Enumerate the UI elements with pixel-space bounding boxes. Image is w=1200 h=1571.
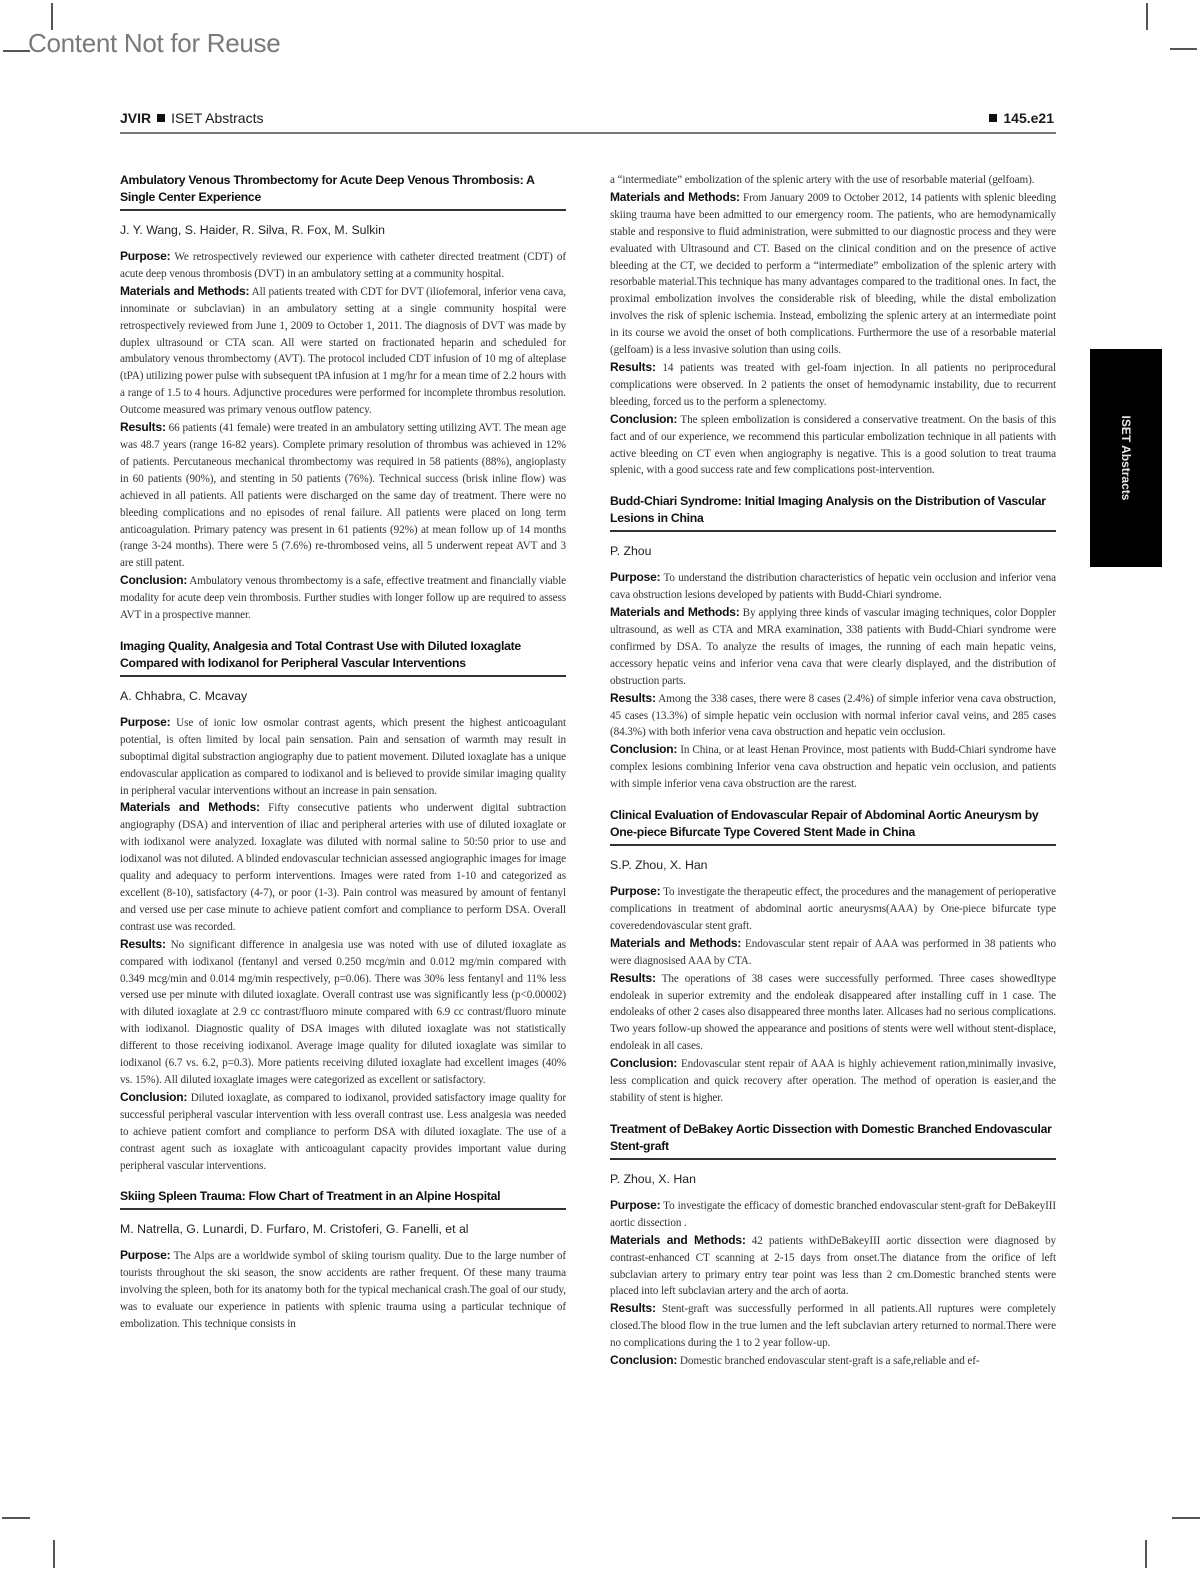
purpose-text: Use of ionic low osmolar contrast agents… — [120, 717, 566, 797]
methods-label: Materials and Methods: — [610, 190, 740, 204]
purpose-text: We retrospectively reviewed our experien… — [120, 251, 566, 280]
methods-text: All patients treated with CDT for DVT (i… — [120, 286, 566, 416]
abstract-title: Treatment of DeBakey Aortic Dissection w… — [610, 1121, 1056, 1160]
methods-label: Materials and Methods: — [610, 605, 740, 619]
conclusion-label: Conclusion: — [610, 412, 677, 426]
methods-paragraph: Materials and Methods: All patients trea… — [120, 283, 566, 419]
section-name: ISET Abstracts — [171, 110, 263, 126]
purpose-paragraph: Purpose: The Alps are a worldwide symbol… — [120, 1247, 566, 1333]
conclusion-paragraph: Conclusion: Endovascular stent repair of… — [610, 1055, 1056, 1107]
results-text: No significant difference in analgesia u… — [120, 939, 566, 1086]
crop-mark — [51, 3, 53, 30]
conclusion-text: Endovascular stent repair of AAA is high… — [610, 1058, 1056, 1104]
square-bullet-icon — [157, 114, 165, 122]
abstract-authors: M. Natrella, G. Lunardi, D. Furfaro, M. … — [120, 1222, 566, 1236]
results-paragraph: Results: Stent-graft was successfully pe… — [610, 1300, 1056, 1352]
results-paragraph: Results: Among the 338 cases, there were… — [610, 690, 1056, 742]
conclusion-label: Conclusion: — [610, 742, 677, 756]
methods-label: Materials and Methods: — [610, 1233, 746, 1247]
purpose-text: To investigate the efficacy of domestic … — [610, 1200, 1056, 1229]
conclusion-paragraph: Conclusion: Domestic branched endovascul… — [610, 1352, 1056, 1370]
abstract: Clinical Evaluation of Endovascular Repa… — [610, 807, 1056, 1107]
results-paragraph: Results: No significant difference in an… — [120, 936, 566, 1089]
methods-paragraph: Materials and Methods: From January 2009… — [610, 189, 1056, 359]
conclusion-label: Conclusion: — [610, 1353, 677, 1367]
conclusion-text: In China, or at least Henan Province, mo… — [610, 744, 1056, 790]
section-side-tab: ISET Abstracts — [1090, 349, 1162, 567]
results-paragraph: Results: 66 patients (41 female) were tr… — [120, 419, 566, 572]
results-paragraph: Results: 14 patients was treated with ge… — [610, 359, 1056, 411]
crop-mark — [1170, 48, 1197, 50]
abstract-authors: A. Chhabra, C. Mcavay — [120, 689, 566, 703]
methods-paragraph: Materials and Methods: Fifty consecutive… — [120, 799, 566, 935]
crop-mark — [2, 1517, 30, 1519]
abstract-authors: P. Zhou — [610, 544, 1056, 558]
running-head-left: JVIRISET Abstracts — [120, 110, 263, 126]
purpose-label: Purpose: — [610, 884, 660, 898]
results-text: Among the 338 cases, there were 8 cases … — [610, 693, 1056, 739]
conclusion-paragraph: Conclusion: In China, or at least Henan … — [610, 741, 1056, 793]
purpose-paragraph: Purpose: To investigate the efficacy of … — [610, 1197, 1056, 1232]
abstract-authors: P. Zhou, X. Han — [610, 1172, 1056, 1186]
abstract: Budd-Chiari Syndrome: Initial Imaging An… — [610, 493, 1056, 793]
conclusion-text: Ambulatory venous thrombectomy is a safe… — [120, 575, 566, 621]
methods-paragraph: Materials and Methods: By applying three… — [610, 604, 1056, 690]
conclusion-label: Conclusion: — [610, 1056, 677, 1070]
conclusion-text: Domestic branched endovascular stent-gra… — [680, 1355, 980, 1367]
abstract: Skiing Spleen Trauma: Flow Chart of Trea… — [120, 1188, 566, 1333]
journal-name: JVIR — [120, 110, 151, 126]
purpose-text: a “intermediate” embolization of the spl… — [610, 174, 1034, 186]
purpose-label: Purpose: — [120, 249, 170, 263]
conclusion-paragraph: Conclusion: Diluted ioxaglate, as compar… — [120, 1089, 566, 1175]
methods-label: Materials and Methods: — [120, 800, 260, 814]
watermark: Content Not for Reuse — [28, 28, 280, 59]
purpose-label: Purpose: — [610, 1198, 660, 1212]
abstract-authors: S.P. Zhou, X. Han — [610, 858, 1056, 872]
purpose-label: Purpose: — [610, 570, 660, 584]
crop-mark — [1172, 1517, 1200, 1519]
abstract-authors: J. Y. Wang, S. Haider, R. Silva, R. Fox,… — [120, 223, 566, 237]
purpose-paragraph-continued: a “intermediate” embolization of the spl… — [610, 172, 1056, 189]
purpose-label: Purpose: — [120, 715, 170, 729]
results-label: Results: — [610, 360, 656, 374]
results-label: Results: — [610, 971, 656, 985]
crop-mark — [53, 1540, 55, 1568]
purpose-text: To investigate the therapeutic effect, t… — [610, 886, 1056, 932]
purpose-label: Purpose: — [120, 1248, 170, 1262]
abstract-title: Skiing Spleen Trauma: Flow Chart of Trea… — [120, 1188, 566, 1210]
results-label: Results: — [610, 691, 656, 705]
results-label: Results: — [120, 937, 166, 951]
methods-text: Fifty consecutive patients who underwent… — [120, 802, 566, 932]
purpose-paragraph: Purpose: To investigate the therapeutic … — [610, 883, 1056, 935]
results-text: 66 patients (41 female) were treated in … — [120, 422, 566, 569]
right-column: a “intermediate” embolization of the spl… — [610, 172, 1056, 1384]
abstract: Ambulatory Venous Thrombectomy for Acute… — [120, 172, 566, 624]
results-text: 14 patients was treated with gel-foam in… — [610, 362, 1056, 408]
abstract: Imaging Quality, Analgesia and Total Con… — [120, 638, 566, 1174]
results-text: The operations of 38 cases were successf… — [610, 973, 1056, 1053]
abstract-title: Clinical Evaluation of Endovascular Repa… — [610, 807, 1056, 846]
crop-mark — [1145, 1540, 1147, 1568]
purpose-paragraph: Purpose: We retrospectively reviewed our… — [120, 248, 566, 283]
side-tab-label: ISET Abstracts — [1119, 416, 1133, 501]
methods-label: Materials and Methods: — [120, 284, 249, 298]
abstract-continued: a “intermediate” embolization of the spl… — [610, 172, 1056, 479]
running-head-right: 145.e21 — [983, 110, 1054, 126]
abstract-title: Budd-Chiari Syndrome: Initial Imaging An… — [610, 493, 1056, 532]
results-paragraph: Results: The operations of 38 cases were… — [610, 970, 1056, 1056]
methods-text: From January 2009 to October 2012, 14 pa… — [610, 192, 1056, 356]
results-label: Results: — [610, 1301, 656, 1315]
running-head: JVIRISET Abstracts 145.e21 — [120, 110, 1056, 134]
conclusion-label: Conclusion: — [120, 573, 187, 587]
purpose-paragraph: Purpose: Use of ionic low osmolar contra… — [120, 714, 566, 800]
square-bullet-icon — [989, 114, 997, 122]
conclusion-paragraph: Conclusion: Ambulatory venous thrombecto… — [120, 572, 566, 624]
purpose-text: To understand the distribution character… — [610, 572, 1056, 601]
conclusion-label: Conclusion: — [120, 1090, 187, 1104]
conclusion-text: Diluted ioxaglate, as compared to iodixa… — [120, 1092, 566, 1172]
page-number: 145.e21 — [1003, 110, 1054, 126]
methods-paragraph: Materials and Methods: Endovascular sten… — [610, 935, 1056, 970]
left-column: Ambulatory Venous Thrombectomy for Acute… — [120, 172, 566, 1347]
methods-paragraph: Materials and Methods: 42 patients withD… — [610, 1232, 1056, 1301]
abstract-title: Ambulatory Venous Thrombectomy for Acute… — [120, 172, 566, 211]
results-text: Stent-graft was successfully performed i… — [610, 1303, 1056, 1349]
abstract: Treatment of DeBakey Aortic Dissection w… — [610, 1121, 1056, 1370]
purpose-text: The Alps are a worldwide symbol of skiin… — [120, 1250, 566, 1330]
abstract-title: Imaging Quality, Analgesia and Total Con… — [120, 638, 566, 677]
conclusion-paragraph: Conclusion: The spleen embolization is c… — [610, 411, 1056, 480]
results-label: Results: — [120, 420, 166, 434]
crop-mark — [3, 50, 30, 52]
purpose-paragraph: Purpose: To understand the distribution … — [610, 569, 1056, 604]
crop-mark — [1146, 3, 1148, 30]
conclusion-text: The spleen embolization is considered a … — [610, 414, 1056, 477]
methods-label: Materials and Methods: — [610, 936, 741, 950]
